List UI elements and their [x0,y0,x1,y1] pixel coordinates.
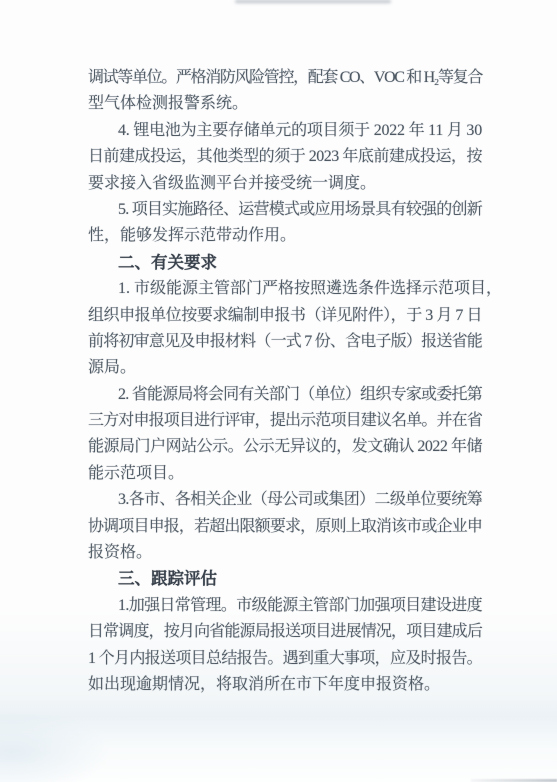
text-line-content: 1 个月内报送项目总结报告。遇到重大事项，应及时报告。 [88,646,482,672]
text-line-content: 能源局门户网站公示。公示无异议的，发文确认 2022 年储 [88,434,482,460]
text-line: 前将初审意见及申报材料（一式 7 份、含电子版）报送省能 [88,329,482,355]
text-line-content: 3.各市、各相关企业（母公司或集团）二级单位要统筹 [118,487,482,513]
scan-artifact-top-edge [235,0,391,3]
text-line-content: 前将初审意见及申报材料（一式 7 份、含电子版）报送省能 [88,329,482,355]
text-line: 型气体检测报警系统。 [88,91,482,117]
text-line-content: 报资格。 [88,540,152,566]
text-line-content: 2. 省能源局将会同有关部门（单位）组织专家或委托第 [118,382,482,408]
text-line-content: 4. 锂电池为主要存储单元的项目须于 2022 年 11 月 30 [118,118,482,144]
scan-shading-band [0,696,557,748]
text-line-content: 1.加强日常管理。市级能源主管部门加强项目建设进度 [118,593,482,619]
text-line: 3.各市、各相关企业（母公司或集团）二级单位要统筹 [88,487,482,513]
text-line: 调试等单位。严格消防风险管控，配套 CO、VOC 和 H₂等复合 [88,65,482,91]
text-line: 组织申报单位按要求编制申报书（详见附件），于 3 月 7 日 [88,303,482,329]
text-line: 如出现逾期情况，将取消所在市下年度申报资格。 [88,672,482,698]
text-line-content: 三方对申报项目进行评审，提出示范项目建议名单。并在省 [88,408,482,434]
text-line-content: 源局。 [88,355,136,381]
text-line-content: 如出现逾期情况，将取消所在市下年度申报资格。 [88,672,440,698]
text-line: 2. 省能源局将会同有关部门（单位）组织专家或委托第 [88,382,482,408]
text-line: 1 个月内报送项目总结报告。遇到重大事项，应及时报告。 [88,646,482,672]
text-line: 源局。 [88,355,482,381]
scanned-page: 调试等单位。严格消防风险管控，配套 CO、VOC 和 H₂等复合型气体检测报警系… [0,0,557,782]
text-line: 日常调度，按月向省能源局报送项目进展情况，项目建成后 [88,619,482,645]
text-line-content: 型气体检测报警系统。 [88,91,248,117]
text-line: 能示范项目。 [88,461,482,487]
text-line: 5. 项目实施路径、运营模式或应用场景具有较强的创新 [88,197,482,223]
text-line: 1. 市级能源主管部门严格按照遴选条件选择示范项目， [88,276,482,302]
text-line: 能源局门户网站公示。公示无异议的，发文确认 2022 年储 [88,434,482,460]
text-line: 4. 锂电池为主要存储单元的项目须于 2022 年 11 月 30 [88,118,482,144]
text-line-content: 性，能够发挥示范带动作用。 [88,223,296,249]
section-heading: 三、跟踪评估 [88,566,482,592]
text-line: 性，能够发挥示范带动作用。 [88,223,482,249]
text-line-content: 三、跟踪评估 [118,566,217,592]
text-line: 报资格。 [88,540,482,566]
text-line-content: 日常调度，按月向省能源局报送项目进展情况，项目建成后 [88,619,482,645]
text-line-content: 日前建成投运，其他类型的须于 2023 年底前建成投运，按 [88,144,482,170]
document-text-block: 调试等单位。严格消防风险管控，配套 CO、VOC 和 H₂等复合型气体检测报警系… [88,65,482,698]
text-line: 三方对申报项目进行评审，提出示范项目建议名单。并在省 [88,408,482,434]
text-line-content: 能示范项目。 [88,461,184,487]
text-line-content: 二、有关要求 [118,250,217,276]
text-line: 1.加强日常管理。市级能源主管部门加强项目建设进度 [88,593,482,619]
text-line-content: 调试等单位。严格消防风险管控，配套 CO、VOC 和 H₂等复合 [88,65,482,91]
text-line: 要求接入省级监测平台并接受统一调度。 [88,171,482,197]
text-line-content: 5. 项目实施路径、运营模式或应用场景具有较强的创新 [118,197,482,223]
text-line-content: 1. 市级能源主管部门严格按照遴选条件选择示范项目， [118,276,502,302]
text-line: 协调项目申报，若超出限额要求，原则上取消该市或企业申 [88,514,482,540]
text-line-content: 要求接入省级监测平台并接受统一调度。 [88,171,376,197]
text-line-content: 协调项目申报，若超出限额要求，原则上取消该市或企业申 [88,514,482,540]
section-heading: 二、有关要求 [88,250,482,276]
text-line: 日前建成投运，其他类型的须于 2023 年底前建成投运，按 [88,144,482,170]
text-line-content: 组织申报单位按要求编制申报书（详见附件），于 3 月 7 日 [88,303,482,329]
